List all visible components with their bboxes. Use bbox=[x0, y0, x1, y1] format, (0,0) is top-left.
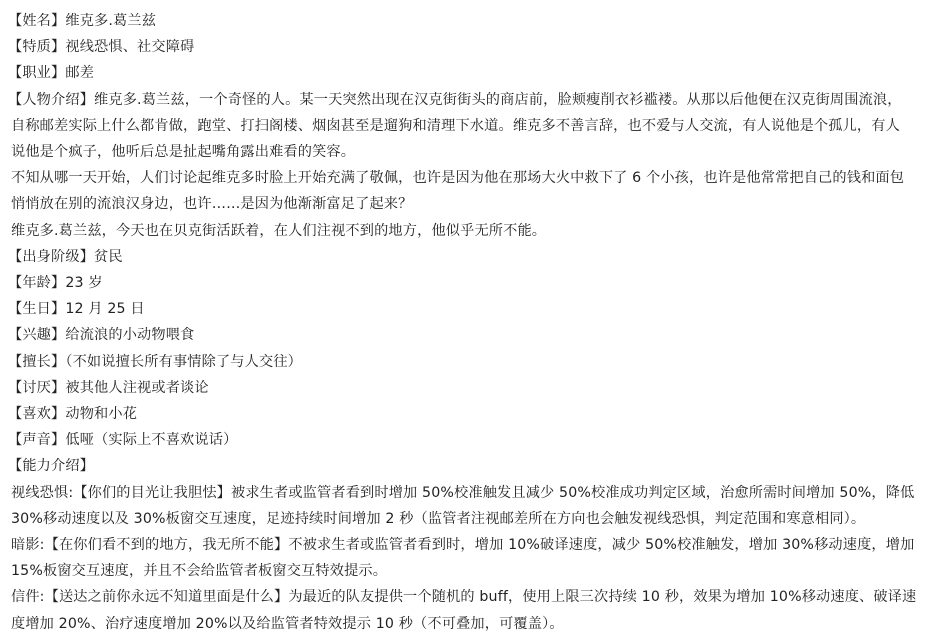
ability-line: 度增加 20%、治疗速度增加 20%以及给监管者特效提示 10 秒（不可叠加，可… bbox=[11, 611, 940, 637]
field-value: 12 月 25 日 bbox=[65, 301, 144, 317]
field-traits: 【特质】视线恐惧、社交障碍 bbox=[11, 34, 940, 60]
field-value: 动物和小花 bbox=[65, 406, 137, 422]
ability-sight-fear: 视线恐惧:【你们的目光让我胆怯】被求生者或监管者看到时增加 50%校准触发且减少… bbox=[11, 480, 940, 532]
field-label: 【声音】 bbox=[8, 432, 65, 448]
field-skill: 【擅长】（不如说擅长所有事情除了与人交往） bbox=[11, 349, 940, 375]
intro-line: 说他是个疯子，他听后总是扯起嘴角露出难看的笑容。 bbox=[11, 139, 940, 165]
field-label: 【年龄】 bbox=[8, 275, 65, 291]
field-value: （不如说擅长所有事情除了与人交往） bbox=[65, 354, 302, 370]
ability-letter: 信件:【送达之前你永远不知道里面是什么】为最近的队友提供一个随机的 buff，使… bbox=[11, 584, 940, 636]
abilities-heading: 【能力介绍】 bbox=[11, 453, 940, 479]
field-dislike: 【讨厌】被其他人注视或者谈论 bbox=[11, 375, 940, 401]
field-value: 低哑（实际上不喜欢说话） bbox=[65, 432, 237, 448]
field-label: 【讨厌】 bbox=[8, 380, 65, 396]
field-value: 邮差 bbox=[65, 65, 94, 81]
ability-shadow: 暗影:【在你们看不到的地方，我无所不能】不被求生者或监管者看到时，增加 10%破… bbox=[11, 532, 940, 584]
field-intro: 【人物介绍】维克多.葛兰兹，一个奇怪的人。某一天突然出现在汉克街街头的商店前，脸… bbox=[11, 87, 940, 166]
field-birthday: 【生日】12 月 25 日 bbox=[11, 296, 940, 322]
character-profile-document: 【姓名】维克多.葛兰兹 【特质】视线恐惧、社交障碍 【职业】邮差 【人物介绍】维… bbox=[0, 0, 950, 637]
field-name: 【姓名】维克多.葛兰兹 bbox=[11, 8, 940, 34]
field-label: 【能力介绍】 bbox=[8, 458, 94, 474]
field-value: 23 岁 bbox=[65, 275, 102, 291]
field-value: 维克多.葛兰兹 bbox=[65, 13, 156, 29]
ability-line: 15%板窗交互速度，并且不会给监管者板窗交互特效提示。 bbox=[11, 558, 940, 584]
intro-text: 维克多.葛兰兹，一个奇怪的人。某一天突然出现在汉克街街头的商店前，脸颊瘦削衣衫褴… bbox=[94, 92, 902, 108]
intro-line: 自称邮差实际上什么都肯做，跑堂、打扫阁楼、烟囱甚至是遛狗和清理下水道。维克多不善… bbox=[11, 113, 940, 139]
field-label: 【姓名】 bbox=[8, 13, 65, 29]
story-paragraph: 不知从哪一天开始，人们讨论起维克多时脸上开始充满了敬佩，也许是因为他在那场大火中… bbox=[11, 165, 940, 244]
story-line: 维克多.葛兰兹，今天也在贝克街活跃着，在人们注视不到的地方，他似乎无所不能。 bbox=[11, 218, 940, 244]
ability-line: 30%移动速度以及 30%板窗交互速度，足迹持续时间增加 2 秒（监管者注视邮差… bbox=[11, 506, 940, 532]
field-label: 【特质】 bbox=[8, 39, 65, 55]
field-label: 【喜欢】 bbox=[8, 406, 65, 422]
story-line: 悄悄放在别的流浪汉身边，也许……是因为他渐渐富足了起来？ bbox=[11, 191, 940, 217]
field-label: 【人物介绍】 bbox=[8, 92, 94, 108]
ability-line: 信件:【送达之前你永远不知道里面是什么】为最近的队友提供一个随机的 buff，使… bbox=[11, 584, 940, 610]
intro-line: 【人物介绍】维克多.葛兰兹，一个奇怪的人。某一天突然出现在汉克街街头的商店前，脸… bbox=[11, 87, 940, 113]
field-value: 被其他人注视或者谈论 bbox=[65, 380, 208, 396]
field-label: 【擅长】 bbox=[8, 354, 65, 370]
story-line: 不知从哪一天开始，人们讨论起维克多时脸上开始充满了敬佩，也许是因为他在那场大火中… bbox=[11, 165, 940, 191]
field-like: 【喜欢】动物和小花 bbox=[11, 401, 940, 427]
field-voice: 【声音】低哑（实际上不喜欢说话） bbox=[11, 427, 940, 453]
field-value: 贫民 bbox=[94, 249, 123, 265]
field-hobby: 【兴趣】给流浪的小动物喂食 bbox=[11, 322, 940, 348]
field-class: 【出身阶级】贫民 bbox=[11, 244, 940, 270]
ability-line: 视线恐惧:【你们的目光让我胆怯】被求生者或监管者看到时增加 50%校准触发且减少… bbox=[11, 480, 940, 506]
field-value: 给流浪的小动物喂食 bbox=[65, 327, 194, 343]
field-label: 【出身阶级】 bbox=[8, 249, 94, 265]
field-label: 【兴趣】 bbox=[8, 327, 65, 343]
field-label: 【职业】 bbox=[8, 65, 65, 81]
field-label: 【生日】 bbox=[8, 301, 65, 317]
field-age: 【年龄】23 岁 bbox=[11, 270, 940, 296]
field-value: 视线恐惧、社交障碍 bbox=[65, 39, 194, 55]
ability-line: 暗影:【在你们看不到的地方，我无所不能】不被求生者或监管者看到时，增加 10%破… bbox=[11, 532, 940, 558]
field-occupation: 【职业】邮差 bbox=[11, 60, 940, 86]
